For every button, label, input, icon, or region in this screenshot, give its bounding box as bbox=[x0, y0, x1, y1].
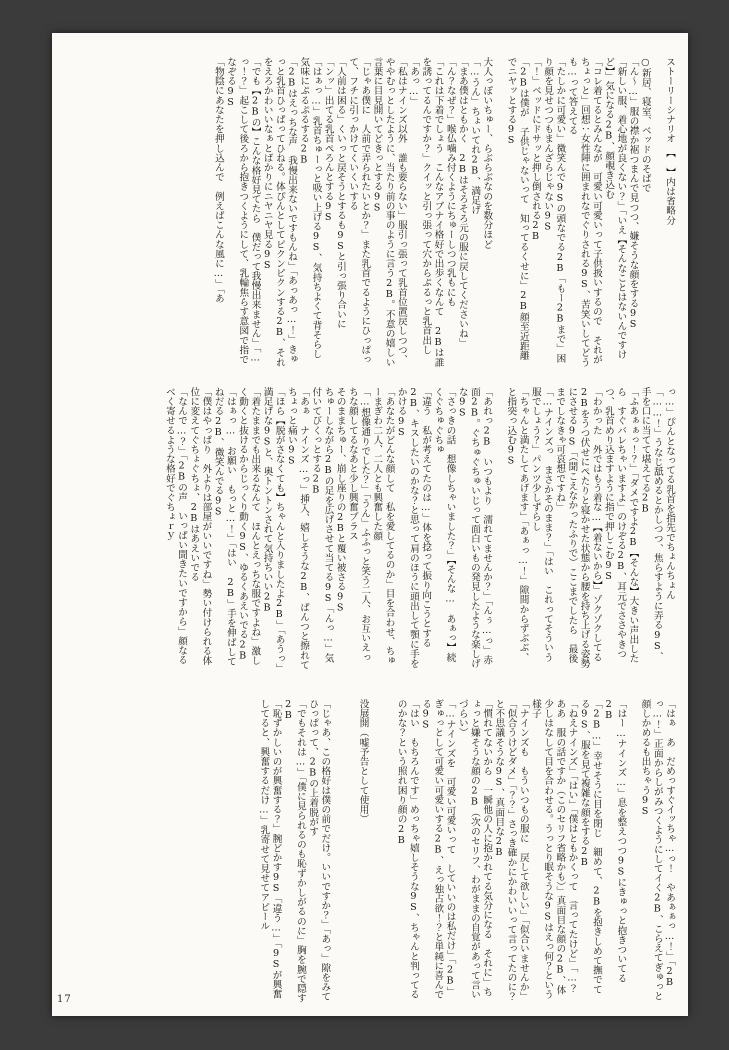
script-paragraph: 「…想像通りでした？」「うん」ふふっと笑う二人、お互いえっちな顔してるなあと少し… bbox=[346, 387, 370, 670]
script-paragraph: 「ちゃんと満たしてあげます」「あぁっ…！」隙間からずぶぶ、と指突っ込む9S bbox=[504, 387, 528, 670]
page-number: 17 bbox=[57, 994, 72, 1005]
script-paragraph: 「…ナインズっ まさかそのまま？」「はい これってそういう服でしょう？」パンツ少… bbox=[529, 387, 553, 670]
script-paragraph: 「ンッ」出てる乳首ぺろんとする9S bbox=[322, 57, 334, 368]
script-paragraph: ストーリーシナリオ 【 】内は省略分 bbox=[663, 57, 675, 368]
script-paragraph: 「ふあぁぁっ！？」「ダメですよ2B【そんな】大きい声出したら すぐバレちゃいます… bbox=[602, 387, 639, 670]
script-paragraph: 「…ナインズを 可愛い可愛いって していいのは私だけ」「2B」ぎゅっとして可愛い… bbox=[419, 699, 456, 1003]
script-paragraph: 「はぁ あ だめっすぐイッちゃ…っ！ やあぁぁっ…！」「2Bっ…！」正面からしが… bbox=[638, 699, 675, 1003]
script-paragraph: 「さっきの話 想像しちゃいました？」【そんな… あぁっ】続くぐちゅぐちゅ bbox=[431, 387, 455, 670]
script-paragraph: 「……！」うなじ舐めるとかしつつ、焦らすように弄る9S、手を口に当てて堪えてる2… bbox=[638, 387, 662, 670]
script-paragraph: 「恥ずかしいのが興奮する？」腕どかす9S「違う…」「9Sが興奮してると、興奮する… bbox=[257, 699, 281, 1003]
script-paragraph: 「違う 私が考えてたのは…」体を捻って振り向こうとする2B、キスしたいのかな？と… bbox=[395, 387, 432, 670]
script-paragraph: 「たしかに可愛い」微笑んで9Sの頭なでる2B「もー2Bまで」困り顔を見せつつもま… bbox=[541, 57, 565, 368]
script-paragraph: 「あなたがどんな顔して 私を愛してるのか」目を合わせ、ちゅーまぎわ二人、二人とも… bbox=[370, 387, 394, 670]
script-paragraph: 「ん〜…」服の襟か裾つまんで見つつ、嫌そうな顔をする9S bbox=[626, 57, 638, 368]
script-paragraph: 「コレ着てるとみんなが 可愛い可愛いって子供扱いするので それがちょっと」回想：… bbox=[565, 57, 602, 368]
script-paragraph: 「新しい服、着心地が良くない？」「いえ【そんなことはないんですけど】」気になる2… bbox=[602, 57, 626, 368]
script-paragraph: 「2Bは僕が 子供じゃないって 知ってるくせに」2B顔至近距離でニヤッとする9S bbox=[504, 57, 528, 368]
script-paragraph: 「2Bはえっちな声 我慢出来ないですもんね」「あっあっ…！」きゅっと乳首ひっぱっ… bbox=[261, 57, 298, 368]
screenshot-root: { "document": { "kind": "doujinshi-story… bbox=[0, 0, 729, 1050]
script-paragraph: 「でも【2Bの】こんな格好見てたら 僕だって我慢出来ません」「…っ！？」起こして… bbox=[224, 57, 261, 368]
script-band-middle: っ…」ぴんとなってる乳首を指先でちょんちょん「……！」うなじ舐めるとかしつつ、焦… bbox=[163, 387, 675, 670]
script-paragraph: 「まあ僕はともかく 2Bはそろそろ元の服に戻してくださいね」「ん？なぜ？」喉仏噛… bbox=[444, 57, 468, 368]
script-paragraph: 「わかった 外ではもう着な…【着ないから】」ゾクゾクしてる2Bをうつ伏せにぺたり… bbox=[553, 387, 602, 670]
script-paragraph: 「慣れてないから 一瞬他の人に抱かれてる気分になる それに」ちょっと嫌そうな顔の… bbox=[456, 699, 493, 1003]
script-paragraph: 「ねえナインズ」「はい」「僕はともかくって 言ってたけど」「…？ ああ 服の話で… bbox=[529, 699, 578, 1003]
script-paragraph: 「じゃあ僕に 人前で弄られたいとか？」また乳首でるようにひっぱって、フチに引っか… bbox=[346, 57, 370, 368]
script-paragraph: ちゅーしながら2Bの足を広げさせて当てる9S「んっ…」気付いてびくっとする2B bbox=[309, 387, 333, 670]
script-paragraph: 「僕はやっぱり 外よりは部屋がいいですね」勢い付けられる体位に変えてぐちょぐちょ… bbox=[187, 387, 211, 670]
script-paragraph: 「はー…ナインズ…」息を整えつつ9Sにきゅっと抱きついてる2B bbox=[602, 699, 626, 1003]
script-band-bottom: 「はぁ あ だめっすぐイッちゃ…っ！ やあぁぁっ…！」「2Bっ…！」正面からしが… bbox=[257, 699, 675, 1003]
script-paragraph: 大人っぽいちゅー、らぶらぶなのを数分ほど bbox=[480, 57, 492, 368]
script-paragraph: 「あれっ2B いつもより 濡れてませんか？」「んぅ…っ」赤面2B。ぐちゅぐちゅい… bbox=[456, 387, 493, 670]
script-paragraph: 「あぁ ナインズ…っ」挿入、嬉しそうな2B、ぱんつと擦れてちょっと痛い9S bbox=[285, 387, 309, 670]
script-paragraph: 「…うん」ちょいてれ2B、満足げ bbox=[468, 57, 480, 368]
script-paragraph: 「人前は困る」くいっと戻そうとするも9Sと引っ張り合いに bbox=[334, 57, 346, 368]
script-band-top: ストーリーシナリオ 【 】内は省略分○新居、寝室、ベッドのそばで「ん〜…」服の襟… bbox=[212, 57, 675, 368]
script-paragraph: 「2B…」幸せそうに目を閉じ 細めて、2Bを抱きしめて撫でてる9S、服を見て複雑… bbox=[578, 699, 602, 1003]
script-paragraph: そのままちゅー、崩し座りの2Bと覆い被さる9S bbox=[334, 387, 346, 670]
script-paragraph: 「なんで…？」「2Bの声 いっぱい聞きたいですから」顔なるべく寄せるような格好で… bbox=[163, 387, 187, 670]
script-paragraph: っ…」ぴんとなってる乳首を指先でちょんちょん bbox=[663, 387, 675, 670]
script-paragraph: 「はい もちろんです」めっちゃ嬉しそうな9S、ちゃんと判ってるのかな？という照れ… bbox=[395, 699, 419, 1003]
script-paragraph: 「はぁっ… お願い もっと…！」「はい 2B」手を伸ばしてねだる2B、微笑んでる… bbox=[211, 387, 235, 670]
script-paragraph: 「でもそれは…」「僕に見られるのも恥ずかしがるのに」胸を腕で隠す2B bbox=[282, 699, 306, 1003]
script-paragraph: 「私はナインズ以外 誰も要らない」服引っ張って乳首位置戻しつつ、ややむっとしたよ… bbox=[370, 57, 407, 368]
script-paragraph: 「ナインズも もういつもの服に 戻して欲しい」「似合いませんか」「似合うけどダメ… bbox=[492, 699, 529, 1003]
script-paragraph: 「物陰にあなたを押し込んで 例えばこんな風に…」「あ bbox=[212, 57, 224, 368]
script-paragraph: 「ほら【脱がさなくても】ちゃんと入りましたよ2B」「あうっ」満足げな9Sと、奥ト… bbox=[260, 387, 284, 670]
script-paragraph: 「じゃあ、この格好は僕の前でだけ。いいですか？」「あっ」隙をみてひっぱって、2B… bbox=[306, 699, 330, 1003]
script-paragraph: 「これは下着でしょう こんなアブナイ格好で出歩くなんて 2Bは誰を誘ってるんです… bbox=[407, 57, 444, 368]
script-paragraph: 「！」ベッドにドサッと押し倒される2B bbox=[529, 57, 541, 368]
script-paragraph: 「はぁっ…」乳首ちゅーっと吸い上げる9S、気持ちよくて背そらし気味にぷるぷるする… bbox=[297, 57, 321, 368]
script-page: ストーリーシナリオ 【 】内は省略分○新居、寝室、ベッドのそばで「ん〜…」服の襟… bbox=[52, 33, 688, 1016]
script-paragraph: 没展開（嘘予告として使用） bbox=[356, 699, 368, 1003]
script-paragraph: ○新居、寝室、ベッドのそばで bbox=[639, 57, 651, 368]
script-paragraph: 「着たままでも出来るなんて ほんとえっちな服ですよね」激しく動くと抜けるからじっ… bbox=[236, 387, 260, 670]
